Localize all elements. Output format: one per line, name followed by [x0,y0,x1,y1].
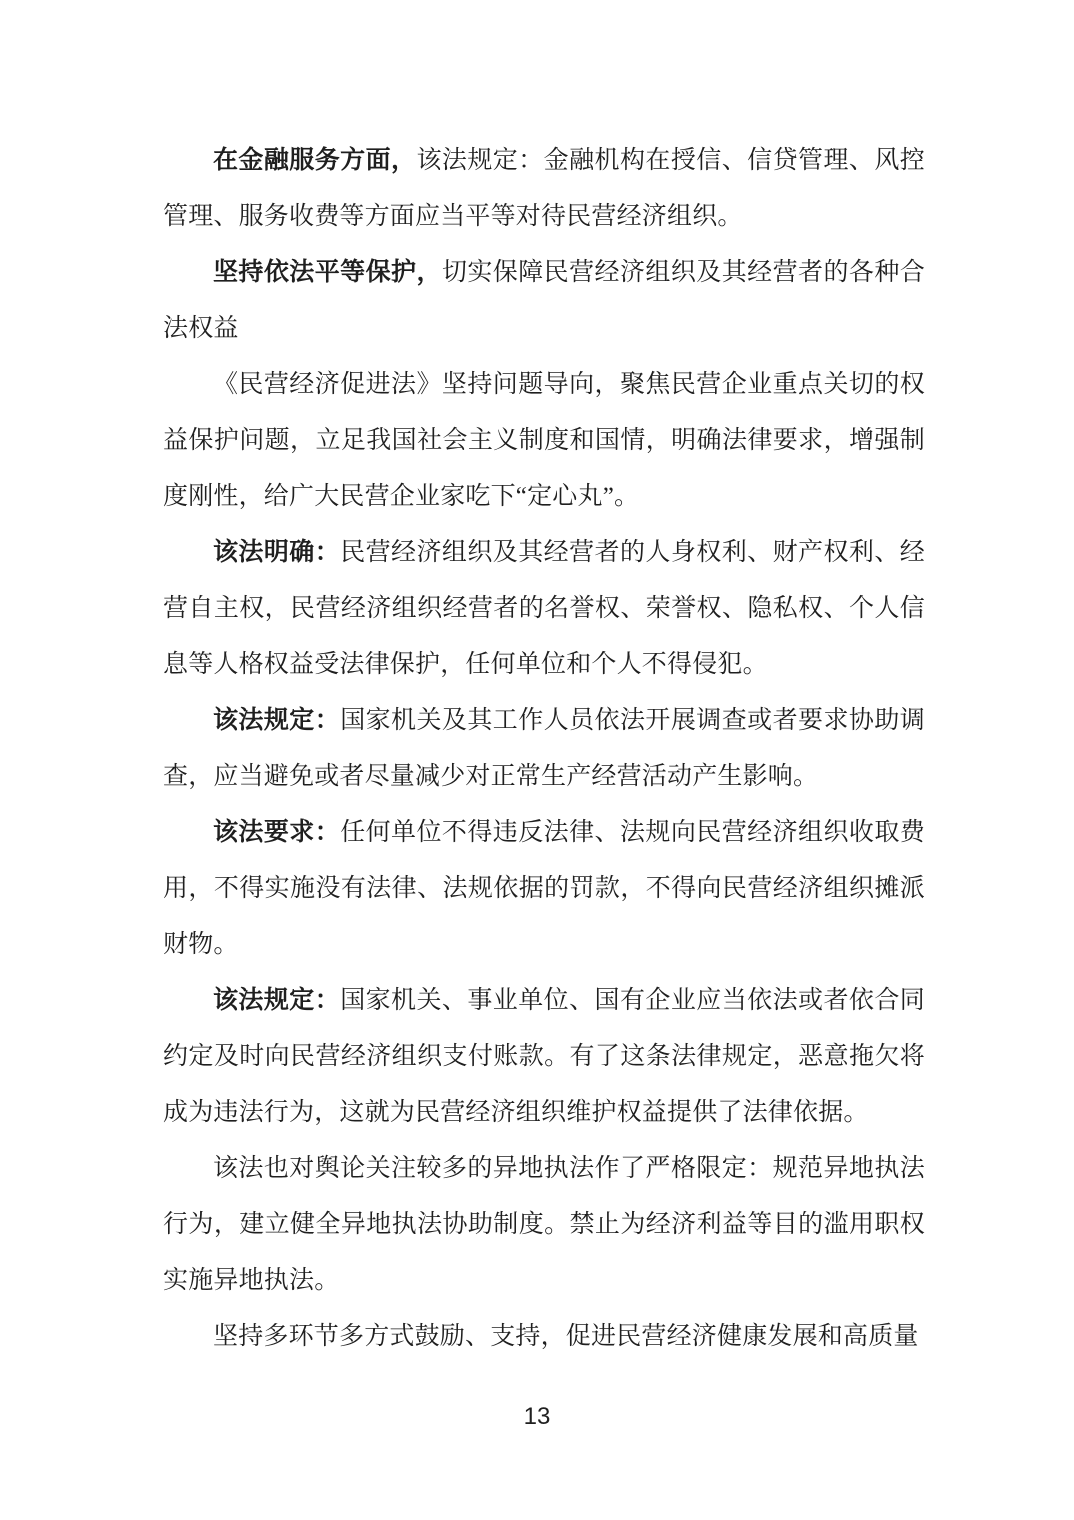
paragraph-lead-bold: 该法明确： [213,539,340,566]
paragraph-finance-services: 在金融服务方面，该法规定：金融机构在授信、信贷管理、风控管理、服务收费等方面应当… [163,133,925,245]
paragraph-text: 坚持多环节多方式鼓励、支持，促进民营经济健康发展和高质量 [213,1323,919,1350]
paragraph-lead-bold: 该法规定： [213,987,340,1014]
page-footer: 13 [0,1400,1074,1434]
paragraph-lead-bold: 该法规定： [213,707,340,734]
paragraph-law-orientation: 《民营经济促进法》坚持问题导向，聚焦民营企业重点关切的权益保护问题，立足我国社会… [163,357,925,525]
paragraph-cross-region-enforcement: 该法也对舆论关注较多的异地执法作了严格限定：规范异地执法行为，建立健全异地执法协… [163,1141,925,1309]
paragraph-law-stipulates-investigation: 该法规定：国家机关及其工作人员依法开展调查或者要求协助调查，应当避免或者尽量减少… [163,693,925,805]
document-body-text: 在金融服务方面，该法规定：金融机构在授信、信贷管理、风控管理、服务收费等方面应当… [163,133,925,1365]
paragraph-law-stipulates-payment: 该法规定：国家机关、事业单位、国有企业应当依法或者依合同约定及时向民营经济组织支… [163,973,925,1141]
paragraph-text: 《民营经济促进法》坚持问题导向，聚焦民营企业重点关切的权益保护问题，立足我国社会… [163,371,925,510]
paragraph-text: 该法也对舆论关注较多的异地执法作了严格限定：规范异地执法行为，建立健全异地执法协… [163,1155,925,1294]
paragraph-equal-protection-heading: 坚持依法平等保护，切实保障民营经济组织及其经营者的各种合法权益 [163,245,925,357]
paragraph-lead-bold: 在金融服务方面， [213,147,417,174]
paragraph-law-clarifies: 该法明确：民营经济组织及其经营者的人身权利、财产权利、经营自主权，民营经济组织经… [163,525,925,693]
paragraph-lead-bold: 坚持依法平等保护， [213,259,442,286]
paragraph-lead-bold: 该法要求： [213,819,340,846]
paragraph-law-requires-fees: 该法要求：任何单位不得违反法律、法规向民营经济组织收取费用，不得实施没有法律、法… [163,805,925,973]
paragraph-encourage-support-heading: 坚持多环节多方式鼓励、支持，促进民营经济健康发展和高质量 [163,1309,925,1365]
document-page: 在金融服务方面，该法规定：金融机构在授信、信贷管理、风控管理、服务收费等方面应当… [0,0,1074,1520]
page-number: 13 [524,1403,551,1430]
